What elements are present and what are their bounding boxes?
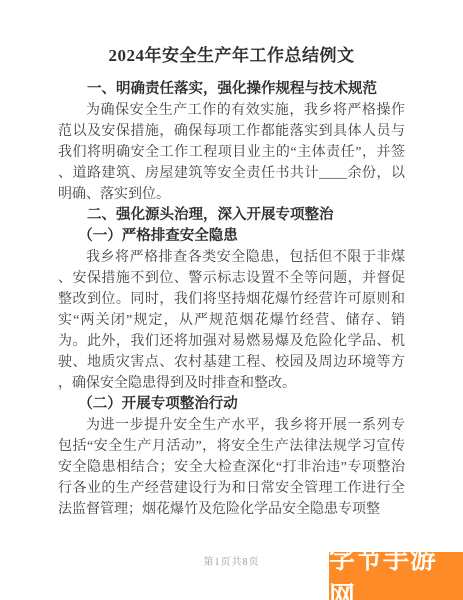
paragraph-line: 整改到位。同时，我们将坚持烟花爆竹经营许可原则和准入条件，落 — [58, 289, 405, 310]
paragraph-line: 我们将明确安全工作工程项目业主的“主体责任”，并签订交通运输 — [58, 142, 405, 163]
paragraph-line: 实“两关闭”规定，从严规范烟花爆竹经营、储存、销售、燃放等行 — [58, 310, 405, 331]
paragraph-line: 行各业的生产经营建设行为和日常安全管理工作进行全面、综合的执 — [58, 478, 405, 499]
document-body: 一、明确责任落实，强化操作规程与技术规范为确保安全生产工作的有效实施，我乡将严格… — [58, 79, 405, 520]
paragraph-line: 驶、地质灾害点、农村基建工程、校园及周边环境等方面的安全监管 — [58, 352, 405, 373]
site-watermark-badge: 字节手游网 — [329, 552, 463, 600]
section-heading: 一、明确责任落实，强化操作规程与技术规范 — [58, 79, 405, 100]
document-canvas: 2024年安全生产年工作总结例文 一、明确责任落实，强化操作规程与技术规范为确保… — [0, 0, 463, 600]
section-subheading: （二）开展专项整治行动 — [58, 394, 405, 415]
paragraph-line: 为确保安全生产工作的有效实施，我乡将严格操作规程、技术规 — [58, 100, 405, 121]
paragraph-line: 包括“安全生产月活动”，将安全生产法律法规学习宣传与防范治理 — [58, 436, 405, 457]
paragraph-line: 、安保措施不到位、警示标志设置不全等问题，并督促相关单位限期 — [58, 268, 405, 289]
section-heading: 二、强化源头治理，深入开展专项整治 — [58, 205, 405, 226]
document-title: 2024年安全生产年工作总结例文 — [58, 44, 405, 68]
paragraph-line: 为进一步提升安全生产水平，我乡将开展一系列专项整治行动。 — [58, 415, 405, 436]
paragraph-line: 为。此外，我们还将加强对易燃易爆及危险化学品、机动车辆违规驾 — [58, 331, 405, 352]
paragraph-line: ，确保安全隐患得到及时排查和整改。 — [58, 373, 405, 394]
paragraph-line: 安全隐患相结合；安全大检查深化“打非治违”专项整治行动，对各 — [58, 457, 405, 478]
paragraph-line: 、道路建筑、房屋建筑等安全责任书共计____余份，以确保各方责任 — [58, 163, 405, 184]
section-subheading: （一）严格排查安全隐患 — [58, 226, 405, 247]
paragraph-line: 法监督管理；烟花爆竹及危险化学品安全隐患专项整治；道路交通安 — [58, 499, 405, 520]
paragraph-line: 我乡将严格排查各类安全隐患，包括但不限于非煤矿山违规开采 — [58, 247, 405, 268]
document-page: { "document": { "title": "2024年安全生产年工作总结… — [0, 0, 463, 600]
paragraph-line: 范以及安保措施，确保每项工作都能落实到具体人员与工种。同时， — [58, 121, 405, 142]
paragraph-line: 明确、落实到位。 — [58, 184, 405, 205]
